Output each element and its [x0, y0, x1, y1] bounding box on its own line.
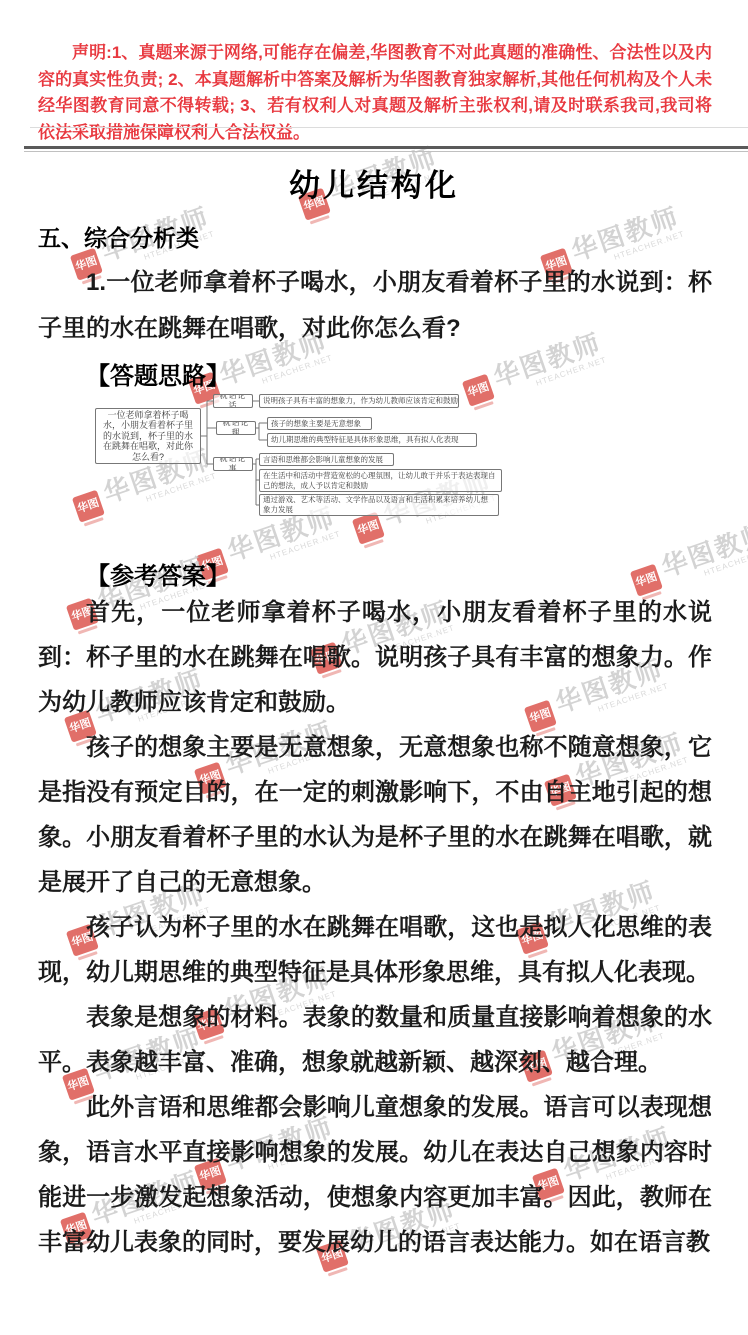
logo-caption-mark — [310, 215, 330, 224]
mindmap-branch-1-label: 就话论话 — [213, 394, 253, 408]
watermark-brand-cn: 华图教师 — [568, 204, 682, 265]
answer-body: 首先，一位老师拿着杯子喝水，小朋友看着杯子里的水说到：杯子里的水在跳舞在唱歌。说… — [38, 590, 712, 1265]
logo-caption-mark — [364, 539, 384, 548]
huatu-logo-icon: 华图 — [352, 512, 387, 550]
mindmap-branch-3-label: 就话论事 — [213, 457, 253, 471]
answer-paragraph: 孩子的想象主要是无意想象，无意想象也称不随意想象，它是指没有预定目的，在一定的刺… — [38, 725, 712, 905]
mindmap-leaf: 说明孩子具有丰富的想象力，作为幼儿教师应该肯定和鼓励 — [259, 394, 459, 408]
mindmap-branch-2-label: 就话论理 — [216, 421, 256, 435]
mindmap-leaf: 在生活中和活动中营造宽松的心理氛围，让幼儿敢于并乐于表达表现自己的想法，成人予以… — [259, 469, 502, 492]
mindmap-leaf: 孩子的想象主要是无意想象 — [267, 417, 372, 430]
answer-paragraph: 首先，一位老师拿着杯子喝水，小朋友看着杯子里的水说到：杯子里的水在跳舞在唱歌。说… — [38, 590, 712, 725]
answer-paragraph: 此外言语和思维都会影响儿童想象的发展。语言可以表现想象，语言水平直接影响想象的发… — [38, 1085, 712, 1265]
divider-faint-line — [30, 127, 748, 128]
mindmap-leaf: 言语和思维都会影响儿童想象的发展 — [259, 453, 394, 466]
mindmap-leaf: 幼儿期思维的典型特征是具体形象思维，具有拟人化表现 — [267, 433, 477, 447]
answer-idea-label: 【答题思路】 — [86, 356, 230, 391]
question-text: 1.一位老师拿着杯子喝水，小朋友看着杯子里的水说到：杯子里的水在跳舞在唱歌，对此… — [38, 260, 712, 352]
watermark-brand-en: HTEACHER.NET — [535, 356, 608, 388]
watermark-brand-en: HTEACHER.NET — [613, 230, 686, 262]
divider-line — [24, 146, 748, 152]
mindmap-root-box: 一位老师拿着杯子喝水，小朋友看着杯子里的水说到，杯子里的水在跳舞在唱歌，对此你怎… — [95, 408, 201, 464]
mindmap-leaf: 通过游戏、艺术等活动、文学作品以及语言和生活积累来培养幼儿想象力发展 — [259, 494, 499, 516]
logo-caption-mark — [84, 517, 104, 526]
answer-paragraph: 表象是想象的材料。表象的数量和质量直接影响着想象的水平。表象越丰富、准确，想象就… — [38, 995, 712, 1085]
answer-paragraph: 孩子认为杯子里的水在跳舞在唱歌，这也是拟人化思维的表现，幼儿期思维的典型特征是具… — [38, 905, 712, 995]
watermark-brand-en: HTEACHER.NET — [269, 530, 342, 562]
watermark-brand-en: HTEACHER.NET — [703, 546, 748, 578]
watermark-text: 华图教师HTEACHER.NET — [658, 520, 748, 591]
document-title: 幼儿结构化 — [0, 160, 748, 205]
section-heading: 五、综合分析类 — [38, 220, 199, 253]
answer-mindmap: 一位老师拿着杯子喝水，小朋友看着杯子里的水说到，杯子里的水在跳舞在唱歌，对此你怎… — [95, 391, 507, 517]
watermark-brand-en: HTEACHER.NET — [261, 354, 334, 386]
watermark-brand-cn: 华图教师 — [658, 520, 748, 581]
logo-caption-mark — [328, 1267, 348, 1276]
reference-answer-label: 【参考答案】 — [86, 556, 230, 591]
disclaimer-text: 声明:1、真题来源于网络,可能存在偏差,华图教育不对此真题的准确性、合法性以及内… — [38, 40, 712, 146]
document-page: 华图华图教师HTEACHER.NET华图华图教师HTEACHER.NET华图华图… — [0, 0, 748, 1335]
